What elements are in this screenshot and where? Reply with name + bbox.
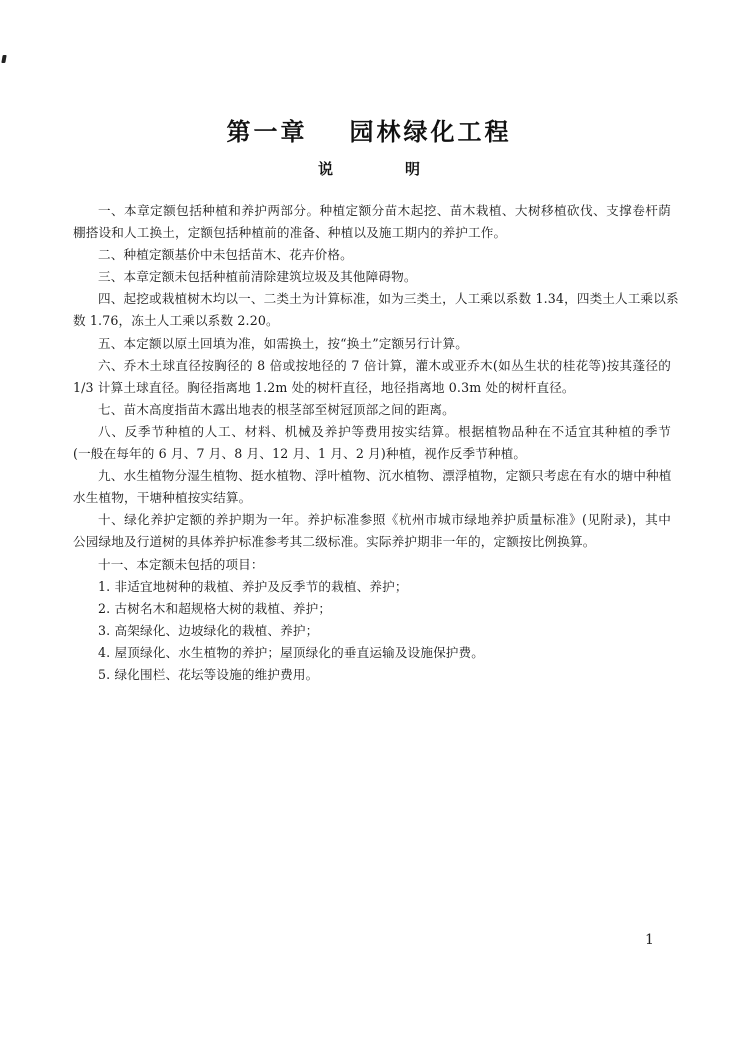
section-title-char-1: 说 bbox=[318, 160, 333, 178]
paragraph-line: 十、绿化养护定额的养护期为一年。养护标准参照《杭州市城市绿地养护质量标准》(见附… bbox=[73, 509, 671, 531]
page-number: 1 bbox=[645, 932, 654, 948]
paragraph-line: 1/3 计算土球直径。胸径指离地 1.2m 处的树杆直径，地径指离地 0.3m … bbox=[73, 377, 671, 399]
paragraph-line: 七、苗木高度指苗木露出地表的根茎部至树冠顶部之间的距离。 bbox=[73, 399, 671, 421]
paragraph-line: 二、种植定额基价中未包括苗木、花卉价格。 bbox=[73, 244, 671, 266]
paragraph-line: 八、反季节种植的人工、材料、机械及养护等费用按实结算。根据植物品种在不适宜其种植… bbox=[73, 421, 671, 443]
paragraph-line: 四、起挖或栽植树木均以一、二类土为计算标准，如为三类土，人工乘以系数 1.34，… bbox=[73, 288, 671, 310]
body-text: 一、本章定额包括种植和养护两部分。种植定额分苗木起挖、苗木栽植、大树移植砍伐、支… bbox=[73, 200, 671, 686]
paragraph-line: 5. 绿化围栏、花坛等设施的维护费用。 bbox=[73, 664, 671, 686]
paragraph-line: 水生植物，干塘种植按实结算。 bbox=[73, 487, 671, 509]
chapter-name: 园林绿化工程 bbox=[350, 118, 512, 146]
paragraph-line: 4. 屋顶绿化、水生植物的养护；屋顶绿化的垂直运输及设施保护费。 bbox=[73, 642, 671, 664]
paragraph-line: 2. 古树名木和超规格大树的栽植、养护； bbox=[73, 598, 671, 620]
chapter-number: 第一章 bbox=[227, 118, 308, 146]
section-title-char-2: 明 bbox=[405, 160, 420, 178]
scan-artifact-mark bbox=[1, 55, 6, 63]
paragraph-line: 数 1.76，冻土人工乘以系数 2.20。 bbox=[73, 310, 671, 332]
paragraph-line: 3. 高架绿化、边坡绿化的栽植、养护； bbox=[73, 620, 671, 642]
section-title: 说明 bbox=[0, 158, 738, 179]
chapter-title: 第一章园林绿化工程 bbox=[0, 112, 738, 147]
paragraph-line: 六、乔木土球直径按胸径的 8 倍或按地径的 7 倍计算，灌木或亚乔木(如丛生状的… bbox=[73, 355, 671, 377]
paragraph-line: 三、本章定额未包括种植前清除建筑垃圾及其他障碍物。 bbox=[73, 266, 671, 288]
paragraph-line: 九、水生植物分湿生植物、挺水植物、浮叶植物、沉水植物、漂浮植物，定额只考虑在有水… bbox=[73, 465, 671, 487]
paragraph-line: 棚搭设和人工换土，定额包括种植前的准备、种植以及施工期内的养护工作。 bbox=[73, 222, 671, 244]
paragraph-line: 五、本定额以原土回填为准，如需换土，按“换土”定额另行计算。 bbox=[73, 333, 671, 355]
paragraph-line: 十一、本定额未包括的项目： bbox=[73, 554, 671, 576]
paragraph-line: 1. 非适宜地树种的栽植、养护及反季节的栽植、养护； bbox=[73, 576, 671, 598]
paragraph-line: (一般在每年的 6 月、7 月、8 月、12 月、1 月、2 月)种植，视作反季… bbox=[73, 443, 671, 465]
paragraph-line: 公园绿地及行道树的具体养护标准参考其二级标准。实际养护期非一年的，定额按比例换算… bbox=[73, 531, 671, 553]
paragraph-line: 一、本章定额包括种植和养护两部分。种植定额分苗木起挖、苗木栽植、大树移植砍伐、支… bbox=[73, 200, 671, 222]
